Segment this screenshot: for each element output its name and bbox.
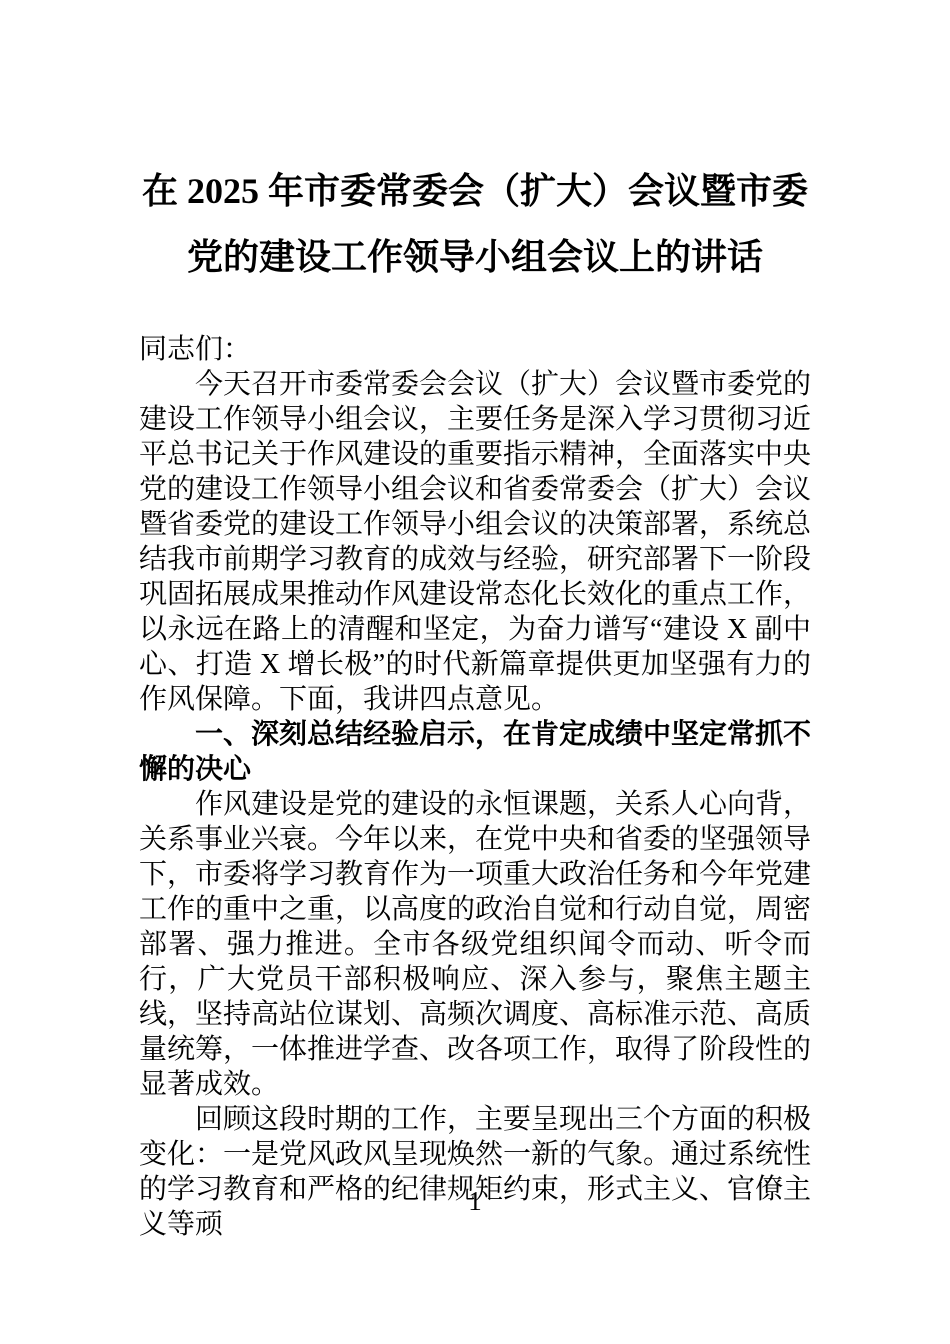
title-line-1: 在 2025 年市委常委会（扩大）会议暨市委 xyxy=(139,158,811,224)
achievements-paragraph: 作风建设是党的建设的永恒课题，关系人心向背，关系事业兴衰。今年以来，在党中央和省… xyxy=(139,787,811,1102)
opening-paragraph: 今天召开市委常委会会议（扩大）会议暨市委党的建设工作领导小组会议，主要任务是深入… xyxy=(139,367,811,717)
review-paragraph: 回顾这段时期的工作，主要呈现出三个方面的积极变化：一是党风政风呈现焕然一新的气象… xyxy=(139,1102,811,1242)
document-title: 在 2025 年市委常委会（扩大）会议暨市委 党的建设工作领导小组会议上的讲话 xyxy=(139,158,811,290)
document-page: 在 2025 年市委常委会（扩大）会议暨市委 党的建设工作领导小组会议上的讲话 … xyxy=(0,0,950,1344)
section-heading-1: 一、深刻总结经验启示，在肯定成绩中坚定常抓不懈的决心 xyxy=(139,717,811,787)
document-body: 同志们： 今天召开市委常委会会议（扩大）会议暨市委党的建设工作领导小组会议，主要… xyxy=(139,332,811,1242)
title-line-2: 党的建设工作领导小组会议上的讲话 xyxy=(139,224,811,290)
salutation-paragraph: 同志们： xyxy=(139,332,811,367)
page-number: 1 xyxy=(0,1186,950,1217)
